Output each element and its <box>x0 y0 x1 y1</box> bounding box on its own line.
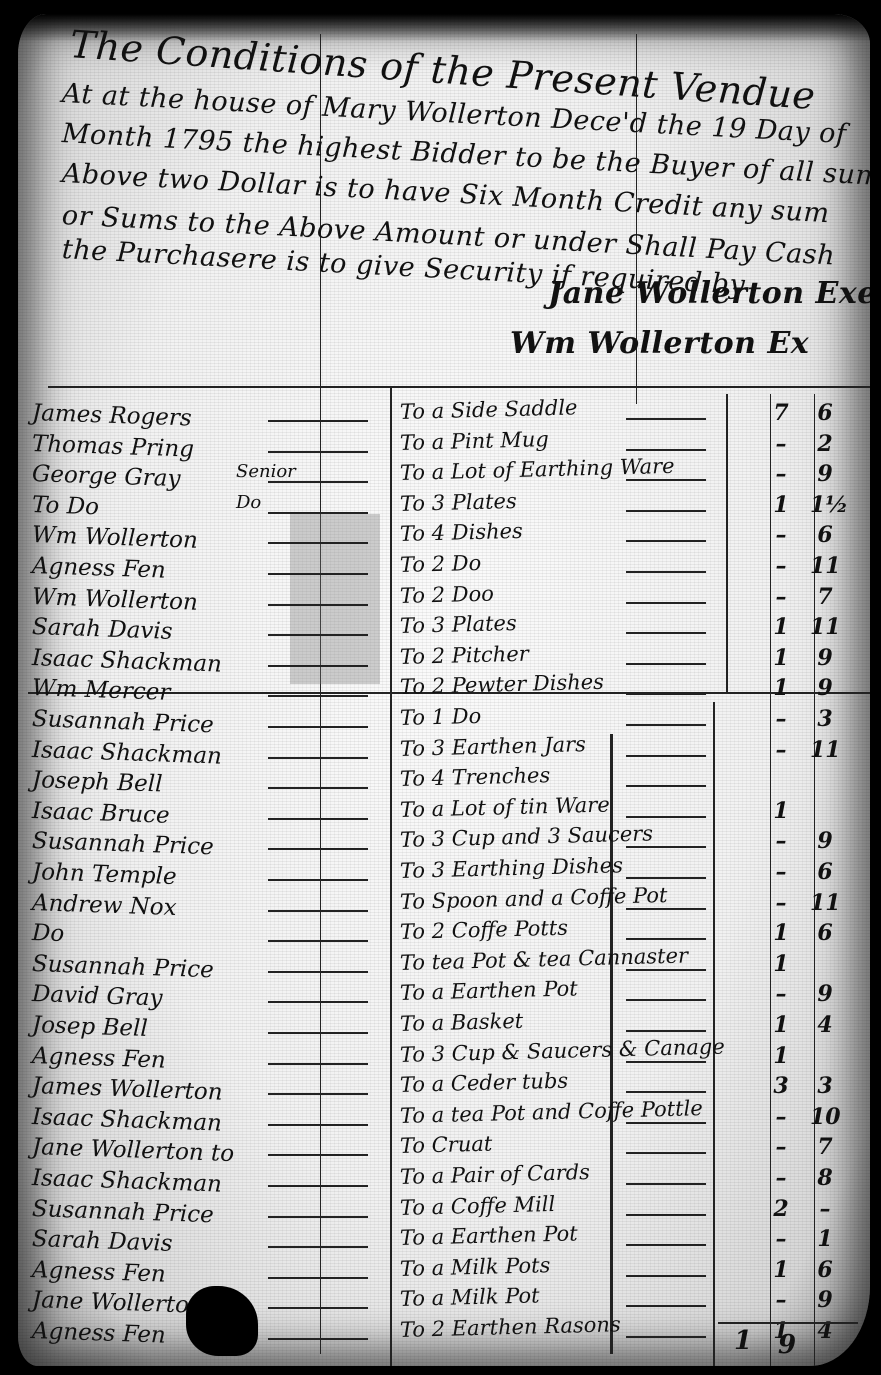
table-top-rule <box>48 386 870 388</box>
amount-shillings: – <box>766 1104 796 1130</box>
ruling-dash <box>268 757 368 759</box>
ruling-dash <box>626 999 706 1001</box>
ledger-row: Agness FenTo 3 Cup & Saucers & Canage1 <box>18 1043 870 1072</box>
buyer-name: Jane Wollerton to <box>32 1134 235 1167</box>
amount-pence: 6 <box>810 522 840 548</box>
ruling-dash <box>268 542 368 544</box>
amount-shillings: 1 <box>766 614 796 640</box>
ruling-dash <box>626 418 706 420</box>
amount-pence: 11 <box>810 890 840 916</box>
amount-shillings: – <box>766 981 796 1007</box>
ledger-row: Sarah DavisTo a Earthen Pot–1 <box>18 1226 870 1255</box>
ruling-dash <box>626 969 706 971</box>
item-description: To 2 Pitcher <box>400 642 529 669</box>
item-description: To a Milk Pot <box>400 1283 540 1311</box>
buyer-name: Wm Wollerton <box>32 584 199 616</box>
amount-pence: 9 <box>810 981 840 1007</box>
buyer-note: Senior <box>236 461 296 482</box>
amount-shillings: – <box>766 522 796 548</box>
ledger-row: Susannah PriceTo tea Pot & tea Cannaster… <box>18 951 870 980</box>
item-description: To a Ceder tubs <box>400 1069 569 1097</box>
ruling-dash <box>626 1152 706 1154</box>
total-shillings: 9 <box>778 1330 796 1360</box>
ruling-dash <box>626 785 706 787</box>
amount-shillings: – <box>766 1287 796 1313</box>
ledger-row: Isaac ShackmanTo 3 Earthen Jars–11 <box>18 737 870 766</box>
ruling-dash <box>268 1307 368 1309</box>
buyer-name: Do <box>32 920 65 947</box>
ruling-dash <box>626 1275 706 1277</box>
buyer-name: Susannah Price <box>32 706 215 738</box>
ruling-dash <box>268 1001 368 1003</box>
ruling-dash <box>626 846 706 848</box>
signature-executrix: Jane Wollerton Exec <box>548 276 870 311</box>
ruling-dash <box>626 1336 706 1338</box>
ruling-dash <box>626 1030 706 1032</box>
ruling-dash <box>268 787 368 789</box>
ledger-page: The Conditions of the Present Vendue At … <box>18 14 870 1366</box>
amount-shillings: 1 <box>766 492 796 518</box>
ruling-dash <box>626 1091 706 1093</box>
ruling-dash <box>268 971 368 973</box>
item-description: To 3 Plates <box>400 489 517 516</box>
buyer-name: Wm Wollerton <box>32 522 199 554</box>
item-description: To 2 Doo <box>400 582 494 608</box>
ruling-dash <box>268 910 368 912</box>
buyer-name: To Do <box>32 492 100 520</box>
buyer-name: Agness Fen <box>32 553 167 584</box>
item-description: To 2 Pewter Dishes <box>400 670 605 699</box>
amount-pence: 10 <box>810 1104 840 1130</box>
ruling-dash <box>268 665 368 667</box>
amount-shillings: 1 <box>766 798 796 824</box>
ruling-dash <box>268 420 368 422</box>
ledger-row: David GrayTo a Earthen Pot–9 <box>18 981 870 1010</box>
buyer-name: Sarah Davis <box>32 1226 173 1257</box>
ruling-dash <box>268 1216 368 1218</box>
ruling-dash <box>626 877 706 879</box>
ruling-dash <box>268 573 368 575</box>
ruling-dash <box>268 512 368 514</box>
ruling-dash <box>626 1244 706 1246</box>
amount-shillings: 1 <box>766 920 796 946</box>
item-description: To a Earthen Pot <box>400 1221 578 1250</box>
buyer-name: Isaac Shackman <box>32 645 223 678</box>
amount-shillings: – <box>766 737 796 763</box>
item-description: To a Basket <box>400 1009 524 1036</box>
ruling-dash <box>626 602 706 604</box>
ruling-dash <box>268 879 368 881</box>
amount-pence: 6 <box>810 1257 840 1283</box>
buyer-name: Isaac Shackman <box>32 1165 223 1198</box>
ruling-dash <box>268 726 368 728</box>
ruling-dash <box>268 1185 368 1187</box>
amount-shillings: – <box>766 1226 796 1252</box>
ledger-row: Isaac ShackmanTo 2 Pitcher19 <box>18 645 870 674</box>
ruling-dash <box>626 938 706 940</box>
buyer-name: Isaac Shackman <box>32 1104 223 1137</box>
amount-shillings: 7 <box>766 400 796 426</box>
buyer-name: James Wollerton <box>32 1073 223 1106</box>
buyer-name: Thomas Pring <box>32 431 195 463</box>
ruling-dash <box>626 1122 706 1124</box>
amount-shillings: 1 <box>766 645 796 671</box>
buyer-name: John Temple <box>32 859 177 890</box>
ruling-dash <box>268 604 368 606</box>
ledger-row: Josep BellTo a Basket14 <box>18 1012 870 1041</box>
item-description: To 2 Earthen Rasons <box>400 1312 621 1342</box>
ledger-row: Thomas PringTo a Pint Mug–2 <box>18 431 870 460</box>
amount-pence: 1 <box>810 1226 840 1252</box>
ruling-dash <box>268 818 368 820</box>
ruling-dash <box>626 663 706 665</box>
buyer-note: Do <box>236 492 261 513</box>
ledger-row: Jane WollertonTo a Milk Pot–9 <box>18 1287 870 1316</box>
amount-pence: 1½ <box>810 492 840 518</box>
ruling-dash <box>268 1032 368 1034</box>
buyer-name: Jane Wollerton <box>32 1287 205 1319</box>
buyer-name: David Gray <box>32 981 163 1012</box>
amount-shillings: – <box>766 553 796 579</box>
amount-shillings: 1 <box>766 1257 796 1283</box>
buyer-name: Agness Fen <box>32 1257 167 1288</box>
ruling-dash <box>268 481 368 483</box>
ledger-row: Susannah PriceTo 1 Do–3 <box>18 706 870 735</box>
ledger-row: Sarah DavisTo 3 Plates111 <box>18 614 870 643</box>
amount-pence: 9 <box>810 1287 840 1313</box>
ruling-dash <box>268 1338 368 1340</box>
ruling-dash <box>268 1154 368 1156</box>
item-description: To 2 Coffe Potts <box>400 916 569 944</box>
amount-shillings: 1 <box>766 1012 796 1038</box>
amount-shillings: 1 <box>766 1043 796 1069</box>
ledger-row: Wm WollertonTo 4 Dishes–6 <box>18 522 870 551</box>
ledger-row: Agness FenTo 2 Do–11 <box>18 553 870 582</box>
ledger-row: To DoDoTo 3 Plates11½ <box>18 492 870 521</box>
buyer-name: Andrew Nox <box>32 890 178 921</box>
ruling-dash <box>626 1305 706 1307</box>
buyer-name: Sarah Davis <box>32 614 173 645</box>
ruling-dash <box>268 1246 368 1248</box>
amount-shillings: – <box>766 890 796 916</box>
ruling-dash <box>268 451 368 453</box>
item-description: To 3 Earthing Dishes <box>400 853 624 883</box>
ledger-row: James RogersTo a Side Saddle76 <box>18 400 870 429</box>
amount-pence: – <box>810 1196 840 1222</box>
amount-pence: 7 <box>810 584 840 610</box>
ruling-dash <box>268 1063 368 1065</box>
amount-shillings: – <box>766 461 796 487</box>
ruling-dash <box>626 510 706 512</box>
buyer-name: Wm Mercer <box>32 675 171 706</box>
item-description: To a Pair of Cards <box>400 1160 591 1189</box>
ledger-row: Wm WollertonTo 2 Doo–7 <box>18 584 870 613</box>
amount-pence: 7 <box>810 1134 840 1160</box>
ruling-dash <box>626 571 706 573</box>
amount-pence: 9 <box>810 645 840 671</box>
ruling-dash <box>626 540 706 542</box>
ruling-dash <box>268 848 368 850</box>
ledger-row: Isaac ShackmanTo a tea Pot and Coffe Pot… <box>18 1104 870 1133</box>
item-description: To 3 Earthen Jars <box>400 732 587 761</box>
ruling-dash <box>626 693 706 695</box>
ruling-dash <box>268 634 368 636</box>
amount-shillings: – <box>766 859 796 885</box>
ledger-row: George GraySeniorTo a Lot of Earthing Wa… <box>18 461 870 490</box>
amount-shillings: – <box>766 828 796 854</box>
ruling-dash <box>626 1214 706 1216</box>
amount-pence: 3 <box>810 1073 840 1099</box>
item-description: To a Pint Mug <box>400 427 549 455</box>
ruling-dash <box>626 479 706 481</box>
buyer-name: James Rogers <box>32 400 193 432</box>
ruling-dash <box>268 1124 368 1126</box>
item-description: To a Coffe Mill <box>400 1192 556 1220</box>
ruling-dash <box>268 695 368 697</box>
ledger-row: Joseph BellTo 4 Trenches <box>18 767 870 796</box>
ledger-row: Isaac ShackmanTo a Pair of Cards–8 <box>18 1165 870 1194</box>
ledger-row: DoTo 2 Coffe Potts16 <box>18 920 870 949</box>
ruling-dash <box>626 724 706 726</box>
amount-shillings: – <box>766 1165 796 1191</box>
buyer-name: Isaac Bruce <box>32 798 171 829</box>
ruling-dash <box>626 632 706 634</box>
ledger-row: Susannah PriceTo a Coffe Mill2– <box>18 1196 870 1225</box>
buyer-name: George Gray <box>32 461 181 492</box>
amount-pence: 6 <box>810 400 840 426</box>
amount-pence: 9 <box>810 461 840 487</box>
buyer-name: Josep Bell <box>32 1012 149 1042</box>
buyer-name: Susannah Price <box>32 951 215 983</box>
buyer-name: Susannah Price <box>32 1196 215 1228</box>
item-description: To 2 Do <box>400 551 482 577</box>
amount-pence: 4 <box>810 1012 840 1038</box>
amount-pence: 9 <box>810 675 840 701</box>
ledger-row: Andrew NoxTo Spoon and a Coffe Pot–11 <box>18 890 870 919</box>
amount-shillings: – <box>766 706 796 732</box>
amount-pence: 2 <box>810 431 840 457</box>
item-description: To 3 Plates <box>400 611 517 638</box>
ruling-dash <box>268 1093 368 1095</box>
signature-executor: Wm Wollerton Ex <box>510 326 809 361</box>
item-description: To 4 Dishes <box>400 519 523 546</box>
amount-pence: 11 <box>810 553 840 579</box>
buyer-name: Joseph Bell <box>32 767 163 798</box>
ledger-row: John TempleTo 3 Earthing Dishes–6 <box>18 859 870 888</box>
amount-shillings: 3 <box>766 1073 796 1099</box>
item-description: To a Milk Pots <box>400 1253 551 1281</box>
amount-pence: 3 <box>810 706 840 732</box>
amount-shillings: 1 <box>766 951 796 977</box>
amount-pence: 11 <box>810 614 840 640</box>
ledger-row: Susannah PriceTo 3 Cup and 3 Saucers–9 <box>18 828 870 857</box>
amount-pence: 9 <box>810 828 840 854</box>
buyer-name: Agness Fen <box>32 1043 167 1074</box>
ledger-row: Isaac BruceTo a Lot of tin Ware1 <box>18 798 870 827</box>
amount-pence: 11 <box>810 737 840 763</box>
ruling-dash <box>626 755 706 757</box>
buyer-name: Isaac Shackman <box>32 737 223 770</box>
item-description: To Cruat <box>400 1132 493 1158</box>
ledger-row: James WollertonTo a Ceder tubs33 <box>18 1073 870 1102</box>
item-description: To a Lot of tin Ware <box>400 793 610 822</box>
item-description: To 4 Trenches <box>400 763 551 791</box>
ruling-dash <box>626 816 706 818</box>
buyer-name: Agness Fen <box>32 1318 167 1349</box>
ruling-dash <box>268 1277 368 1279</box>
ruling-dash <box>626 449 706 451</box>
item-description: To a Side Saddle <box>400 395 578 424</box>
ruling-dash <box>626 1183 706 1185</box>
buyer-name: Susannah Price <box>32 828 215 860</box>
total-rule <box>718 1322 858 1324</box>
item-description: To a Earthen Pot <box>400 976 578 1005</box>
amount-shillings: – <box>766 584 796 610</box>
ruling-dash <box>626 908 706 910</box>
ruling-dash <box>268 940 368 942</box>
amount-pence: 6 <box>810 920 840 946</box>
ledger-row: Wm MercerTo 2 Pewter Dishes19 <box>18 675 870 704</box>
total-pounds: 1 <box>734 1326 752 1356</box>
amount-pence: 8 <box>810 1165 840 1191</box>
ledger-row: Agness FenTo a Milk Pots16 <box>18 1257 870 1286</box>
amount-shillings: 2 <box>766 1196 796 1222</box>
amount-pence: 6 <box>810 859 840 885</box>
ledger-row: Jane Wollerton toTo Cruat–7 <box>18 1134 870 1163</box>
amount-shillings: – <box>766 431 796 457</box>
amount-shillings: 1 <box>766 675 796 701</box>
item-description: To 1 Do <box>400 704 482 730</box>
amount-shillings: – <box>766 1134 796 1160</box>
ruling-dash <box>626 1061 706 1063</box>
